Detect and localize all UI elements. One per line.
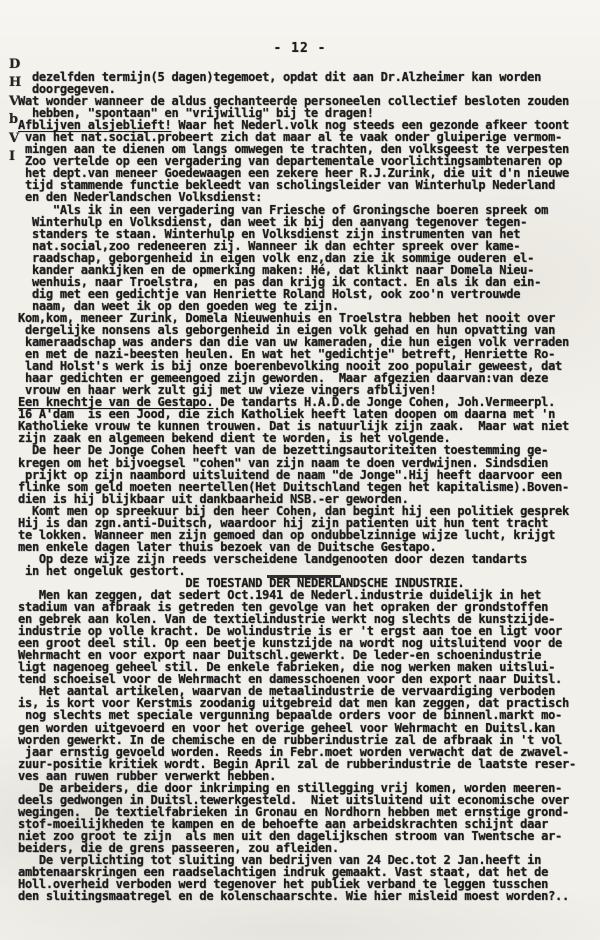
page-number: - 12 - <box>0 42 600 56</box>
document-text: dezelfden termijn(5 dagen)tegemoet, opda… <box>18 71 600 902</box>
scanned-page: - 12 - DHVbVI dezelfden termijn(5 dagen)… <box>0 0 600 940</box>
text-line: den sluitingsmaatregel en de kolenschaar… <box>18 890 600 902</box>
